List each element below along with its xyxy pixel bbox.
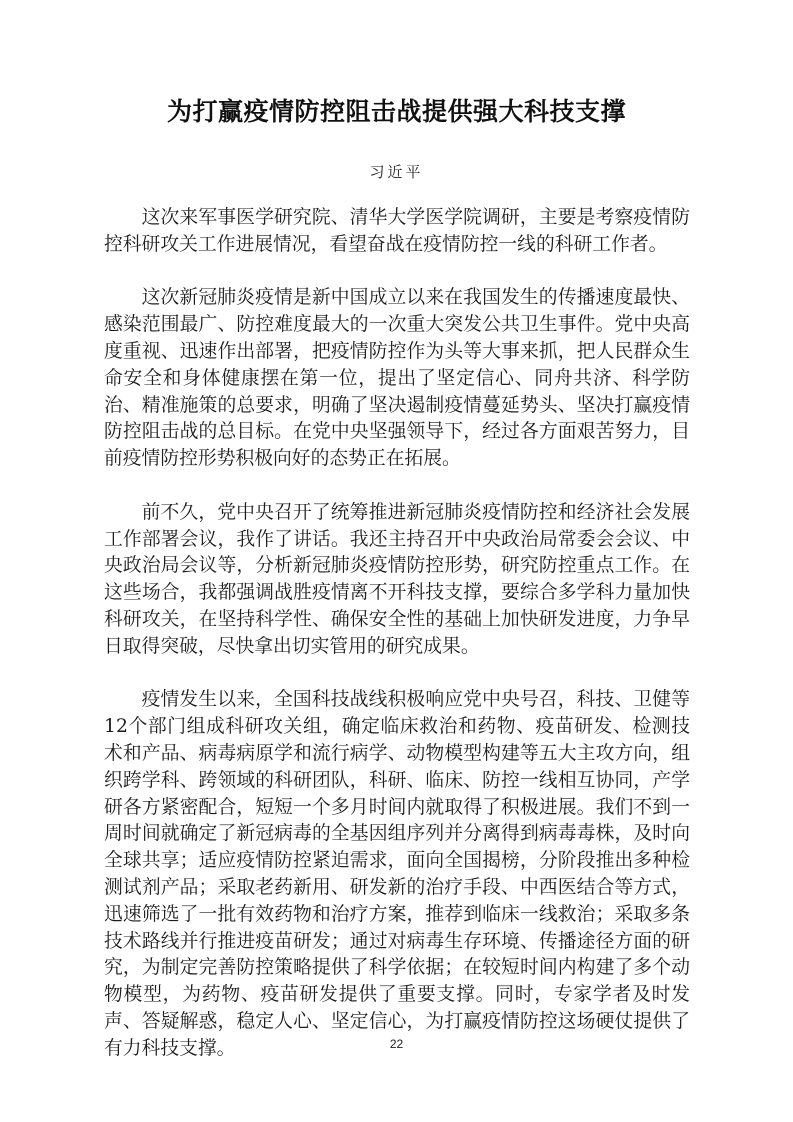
paragraph-3: 前不久，党中央召开了统筹推进新冠肺炎疫情防控和经济社会发展工作部署会议，我作了讲…: [104, 500, 690, 661]
article-title: 为打赢疫情防控阻击战提供强大科技支撑: [0, 94, 793, 130]
article-body: 这次来军事医学研究院、清华大学医学院调研，主要是考察疫情防控科研攻关工作进展情况…: [104, 205, 690, 1089]
paragraph-2: 这次新冠肺炎疫情是新中国成立以来在我国发生的传播速度最快、感染范围最广、防控难度…: [104, 285, 690, 473]
paragraph-4: 疫情发生以来，全国科技战线积极响应党中央号召，科技、卫健等12个部门组成科研攻关…: [104, 687, 690, 1062]
paragraph-1: 这次来军事医学研究院、清华大学医学院调研，主要是考察疫情防控科研攻关工作进展情况…: [104, 205, 690, 259]
article-author: 习近平: [0, 160, 793, 184]
document-page: 为打赢疫情防控阻击战提供强大科技支撑 习近平 这次来军事医学研究院、清华大学医学…: [0, 0, 793, 1122]
page-number: 22: [0, 1036, 793, 1052]
